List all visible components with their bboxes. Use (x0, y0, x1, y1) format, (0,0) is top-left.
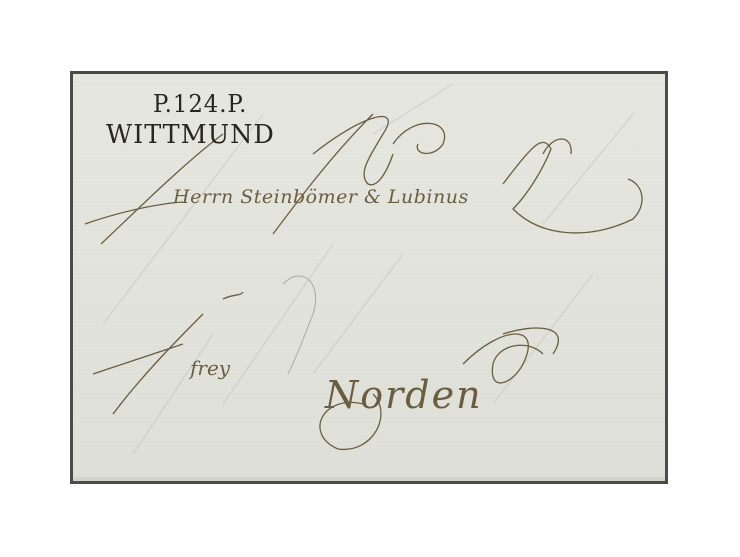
postmark-town: WITTMUND (106, 120, 275, 150)
destination: Norden (325, 373, 483, 417)
postal-cover: P.124.P. WITTMUND Herrn Steinbömer & Lub… (70, 71, 668, 484)
franking-mark: frey (190, 356, 230, 380)
addressee: Herrn Steinbömer & Lubinus (173, 186, 469, 208)
postmark-number: P.124.P. (153, 90, 247, 118)
